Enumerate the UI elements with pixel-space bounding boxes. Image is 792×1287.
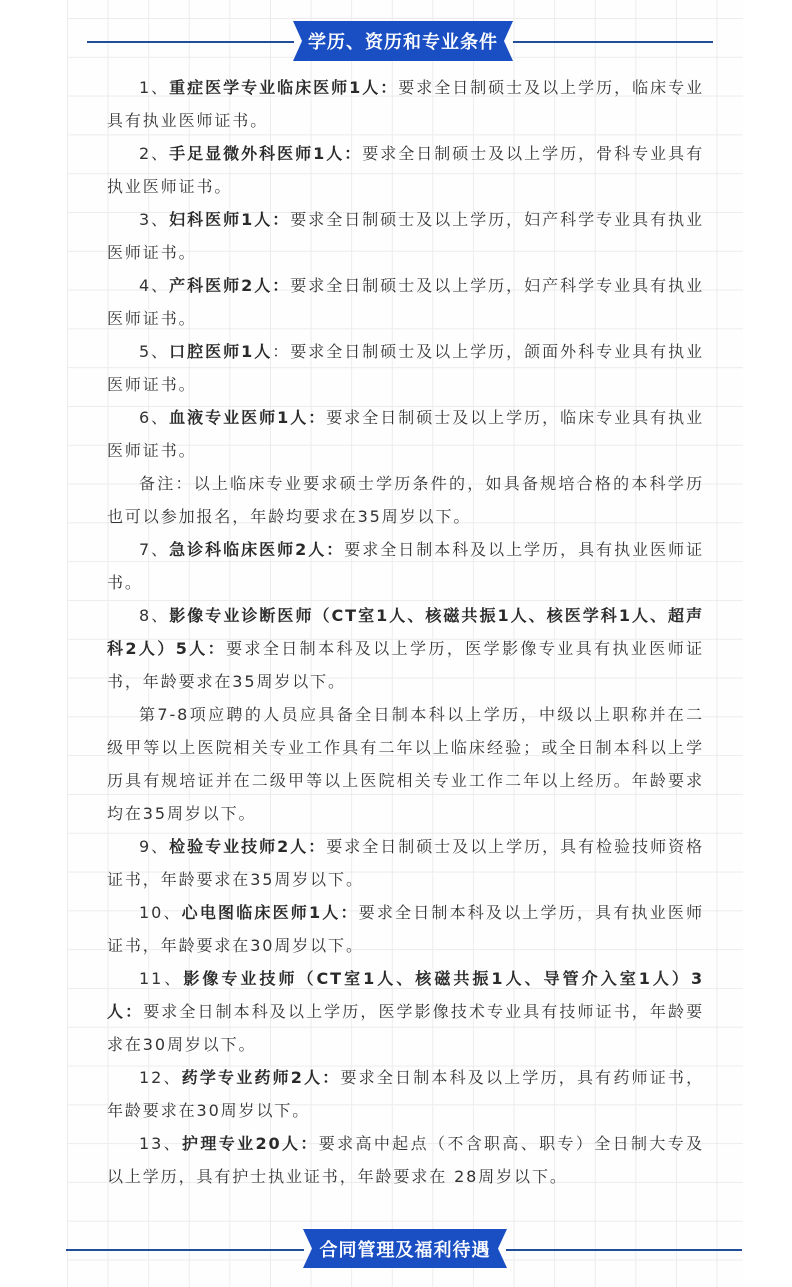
section-banner: 学历、资历和专业条件	[293, 21, 513, 61]
note-paragraph: 第7-8项应聘的人员应具备全日制本科以上学历，中级以上职称并在二级甲等以上医院相…	[107, 698, 704, 830]
section-header-qualifications: 学历、资历和专业条件	[0, 21, 792, 63]
list-item: 7、急诊科临床医师2人：要求全日制本科及以上学历，具有执业医师证书。	[107, 533, 704, 599]
divider-line-left	[87, 41, 294, 43]
list-item: 2、手足显微外科医师1人：要求全日制硕士及以上学历，骨科专业具有执业医师证书。	[107, 137, 704, 203]
requirements-list: 1、重症医学专业临床医师1人：要求全日制硕士及以上学历，临床专业具有执业医师证书…	[107, 71, 704, 1193]
divider-line-right	[513, 41, 713, 43]
note-paragraph: 备注：以上临床专业要求硕士学历条件的，如具备规培合格的本科学历也可以参加报名，年…	[107, 467, 704, 533]
list-item: 12、药学专业药师2人：要求全日制本科及以上学历，具有药师证书，年龄要求在30周…	[107, 1061, 704, 1127]
section-title: 合同管理及福利待遇	[320, 1236, 491, 1262]
section-banner: 合同管理及福利待遇	[303, 1229, 507, 1268]
section-title: 学历、资历和专业条件	[308, 28, 498, 54]
list-item: 6、血液专业医师1人：要求全日制硕士及以上学历，临床专业具有执业医师证书。	[107, 401, 704, 467]
list-item: 3、妇科医师1人：要求全日制硕士及以上学历，妇产科学专业具有执业医师证书。	[107, 203, 704, 269]
list-item: 8、影像专业诊断医师（CT室1人、核磁共振1人、核医学科1人、超声科2人）5人：…	[107, 599, 704, 698]
list-item: 13、护理专业20人：要求高中起点（不含职高、职专）全日制大专及以上学历，具有护…	[107, 1127, 704, 1193]
list-item: 4、产科医师2人：要求全日制硕士及以上学历，妇产科学专业具有执业医师证书。	[107, 269, 704, 335]
divider-line-left	[66, 1249, 304, 1251]
list-item: 5、口腔医师1人：要求全日制硕士及以上学历，颌面外科专业具有执业医师证书。	[107, 335, 704, 401]
list-item: 1、重症医学专业临床医师1人：要求全日制硕士及以上学历，临床专业具有执业医师证书…	[107, 71, 704, 137]
list-item: 10、心电图临床医师1人：要求全日制本科及以上学历，具有执业医师证书，年龄要求在…	[107, 896, 704, 962]
divider-line-right	[506, 1249, 742, 1251]
list-item: 9、检验专业技师2人：要求全日制硕士及以上学历，具有检验技师资格证书，年龄要求在…	[107, 830, 704, 896]
section-header-contract: 合同管理及福利待遇	[0, 1229, 792, 1271]
list-item: 11、影像专业技师（CT室1人、核磁共振1人、导管介入室1人）3人：要求全日制本…	[107, 962, 704, 1061]
